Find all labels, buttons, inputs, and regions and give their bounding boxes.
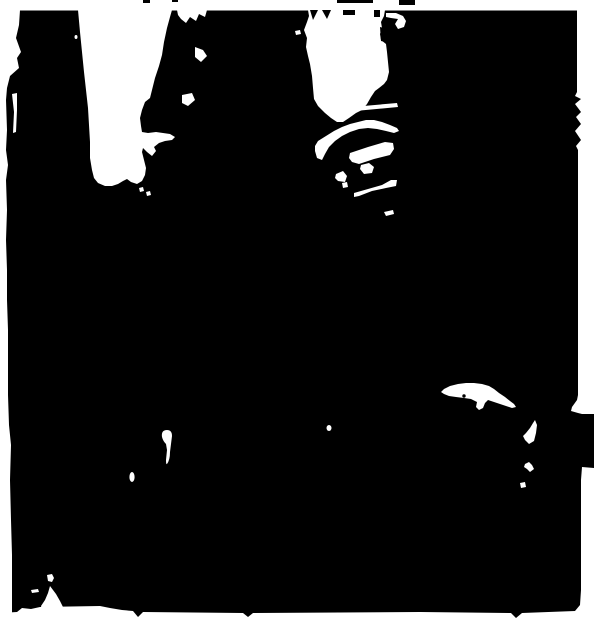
left-dot-highlight	[327, 425, 332, 431]
top-edge-dash-1	[143, 0, 150, 3]
cluster-blob-2	[342, 182, 348, 188]
top-edge-dash-4	[399, 0, 415, 5]
log-inner-dot	[462, 394, 465, 397]
top-edge-dash-3	[337, 0, 373, 3]
dot-highlight-br	[520, 482, 526, 488]
binarized-photo	[0, 0, 594, 628]
photo-canvas	[0, 0, 594, 628]
sky-patch-notch-4	[374, 10, 380, 17]
small-dot-highlight	[129, 472, 134, 482]
top-edge-dash-2	[172, 0, 178, 2]
sky-patch-notch-3	[343, 10, 355, 15]
top-border-band	[0, 0, 594, 11]
trunk-inner-speck	[75, 35, 78, 39]
